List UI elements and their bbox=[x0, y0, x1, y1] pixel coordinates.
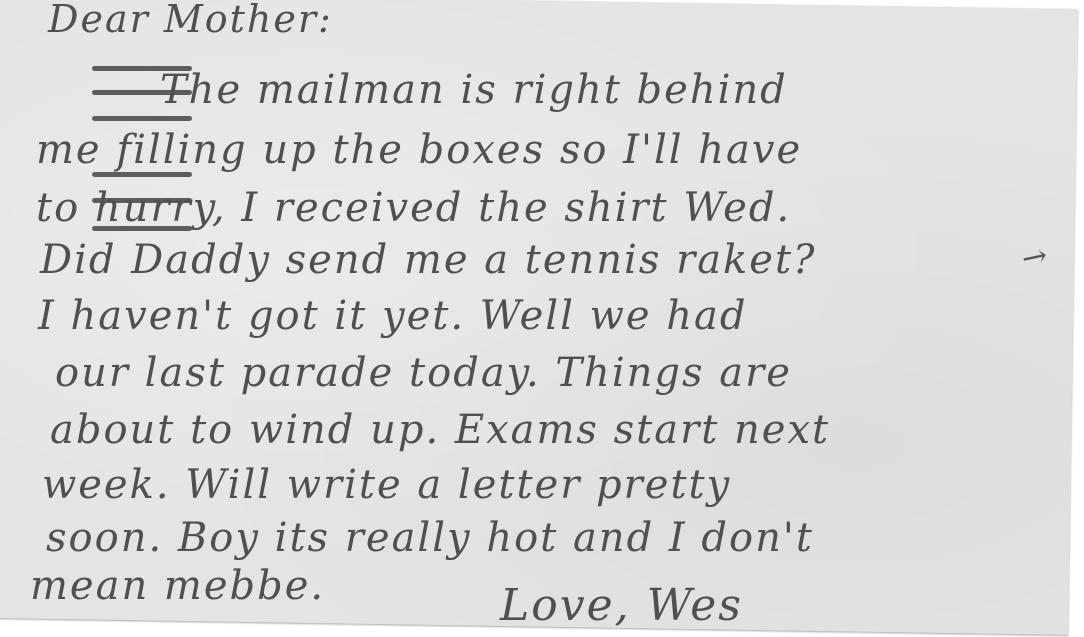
letter-line-4: Did Daddy send me a tennis raket? bbox=[40, 240, 817, 280]
letter-line-1: The mailman is right behind bbox=[160, 70, 788, 110]
salutation: Dear Mother: bbox=[48, 0, 333, 38]
letter-body: Dear Mother: The mailman is right behind… bbox=[0, 0, 1084, 637]
letter-line-5: I haven't got it yet. Well we had bbox=[38, 296, 747, 336]
letter-line-8: week. Will write a letter pretty bbox=[42, 465, 731, 505]
letter-line-10: mean mebbe. bbox=[30, 566, 325, 606]
letter-line-2: me filling up the boxes so I'll have bbox=[36, 130, 802, 170]
letter-line-6: our last parade today. Things are bbox=[55, 353, 792, 393]
scanned-letter: Dear Mother: The mailman is right behind… bbox=[0, 0, 1084, 637]
signature-closing: Love, Wes bbox=[500, 584, 743, 628]
letter-line-9: soon. Boy its really hot and I don't bbox=[46, 518, 814, 558]
letter-line-3: to hurry, I received the shirt Wed. bbox=[36, 188, 791, 228]
arrow-mark-icon: → bbox=[1019, 238, 1051, 277]
letter-line-7: about to wind up. Exams start next bbox=[50, 410, 830, 450]
